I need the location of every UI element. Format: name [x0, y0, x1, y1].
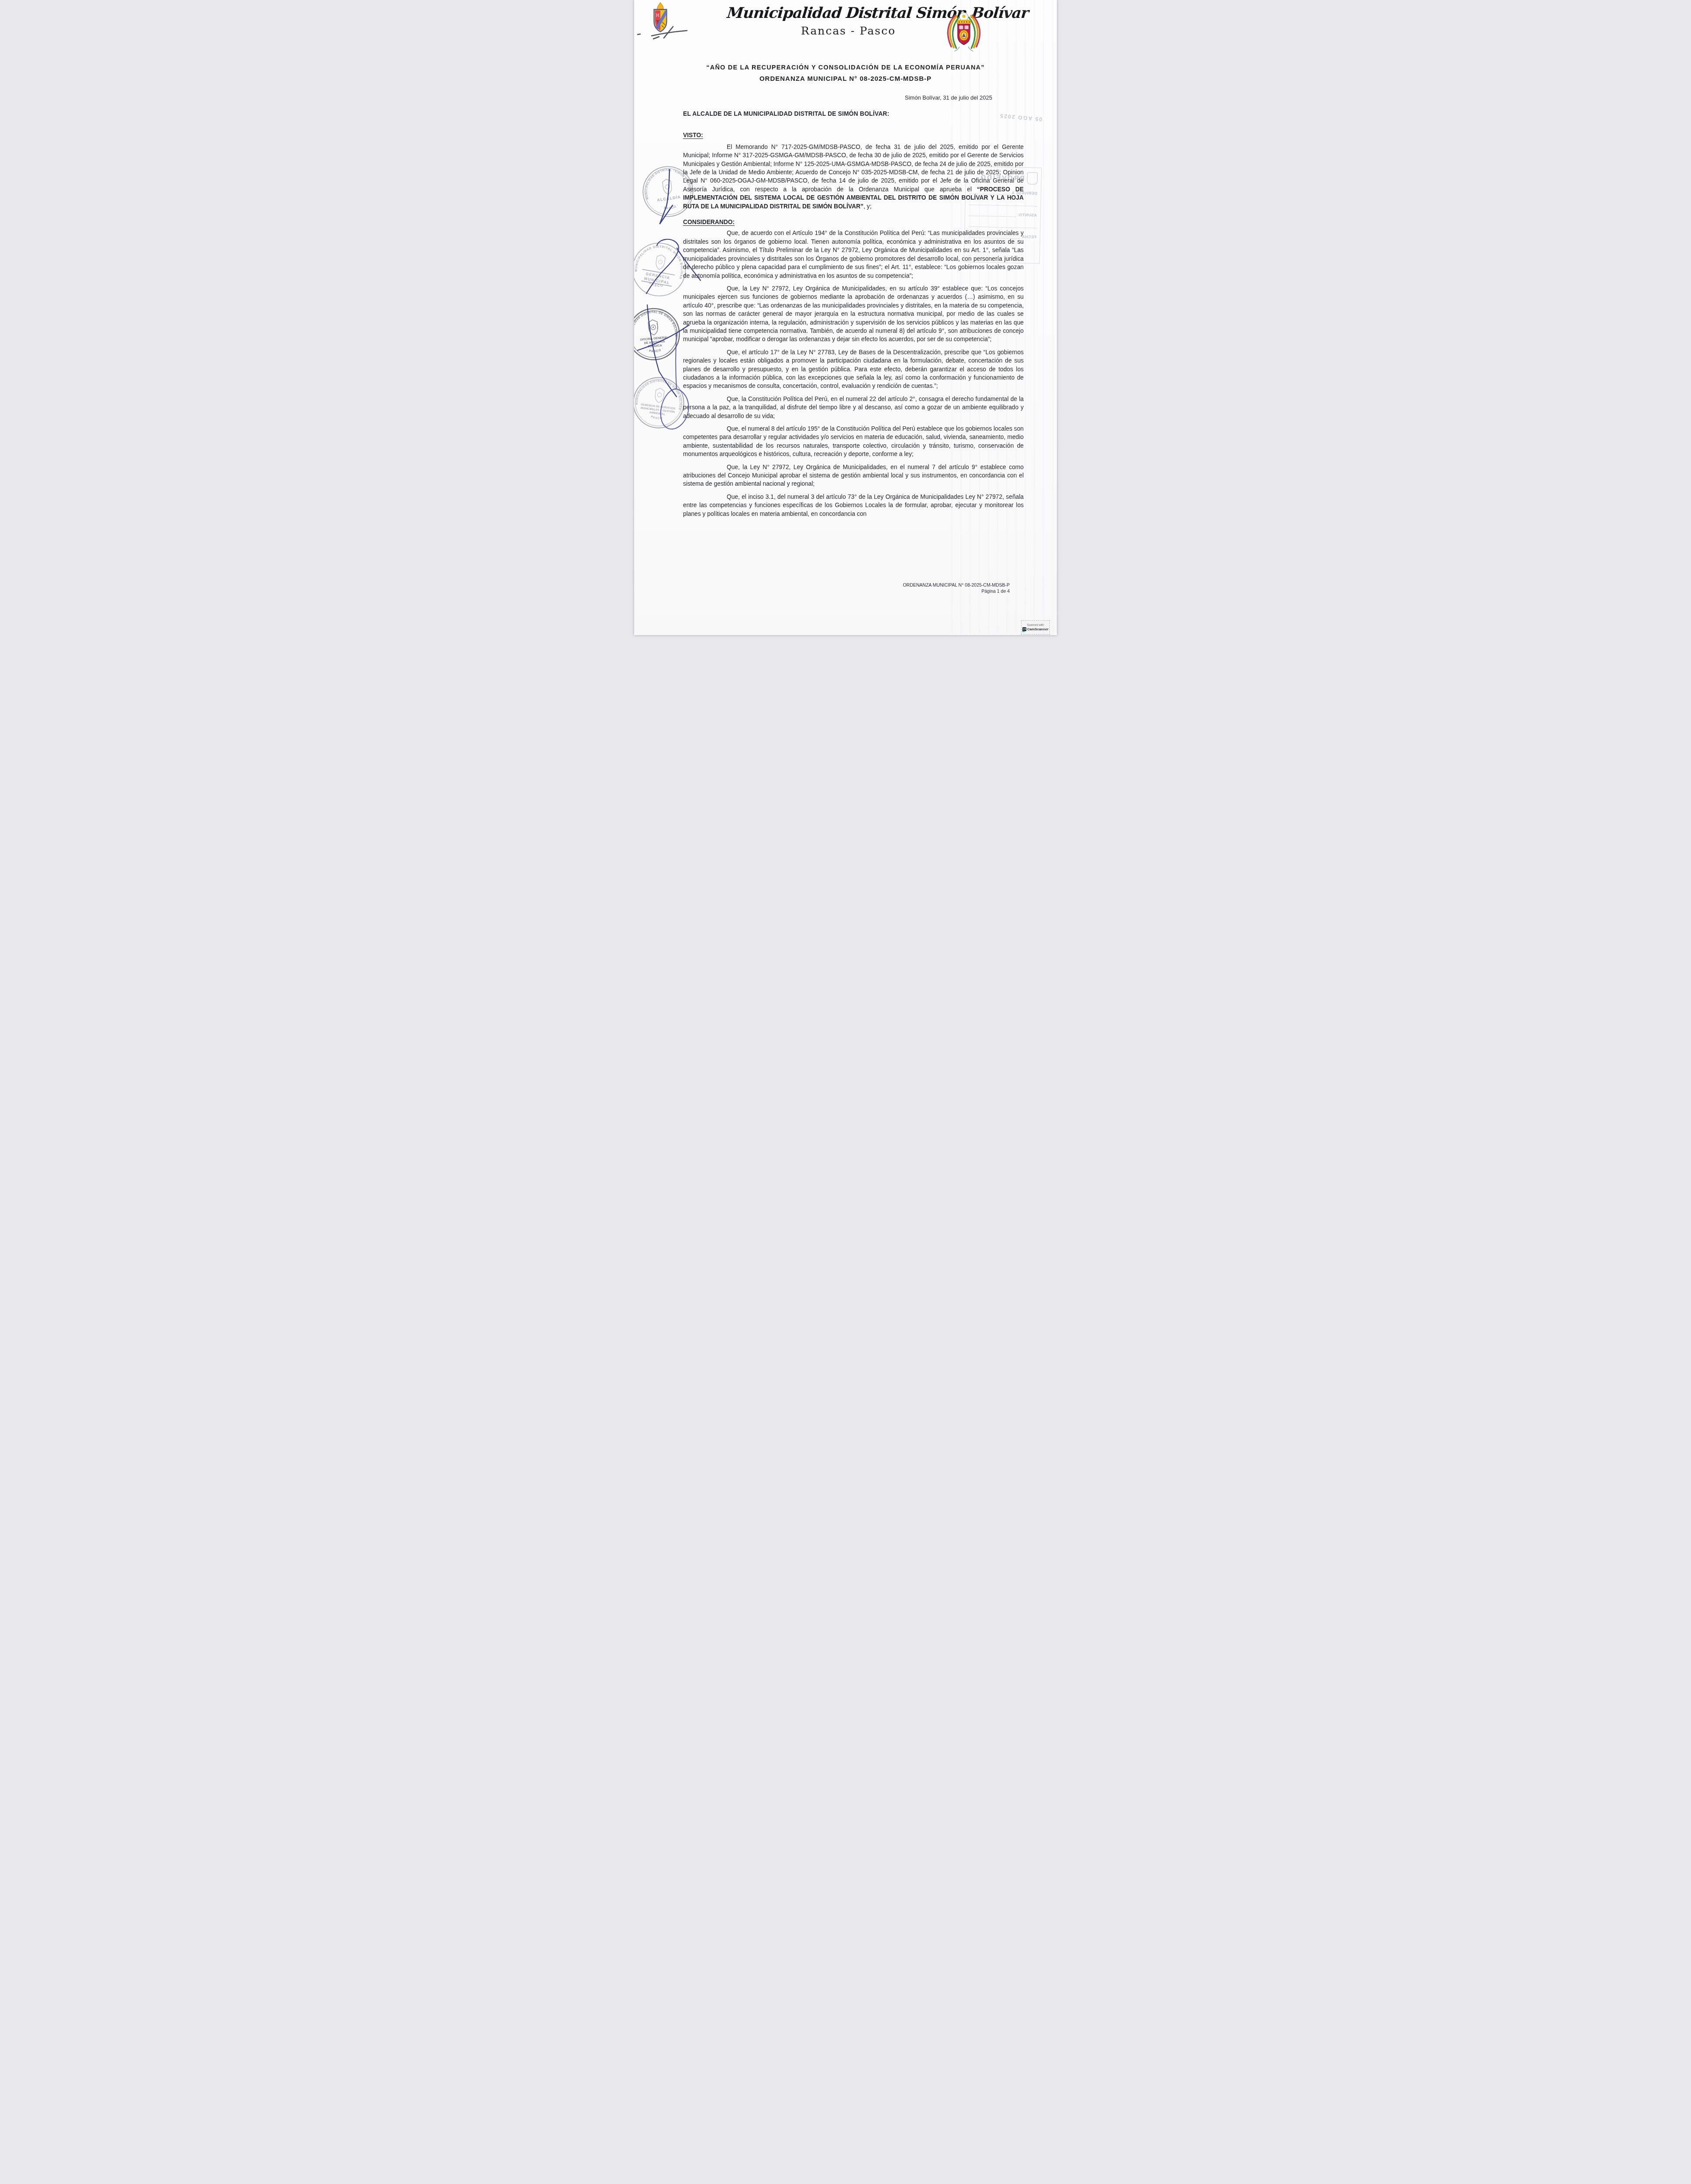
svg-text:MUNICIPALES Y GESTIÓN: MUNICIPALES Y GESTIÓN [640, 406, 675, 414]
svg-text:PASCO: PASCO [648, 281, 665, 289]
round-stamp-asesoria-juridica: MUNICIPALIDAD DISTRITAL DE SIMÓN BOLÍVAR… [634, 305, 683, 363]
document-body: EL ALCALDE DE LA MUNICIPALIDAD DISTRITAL… [683, 110, 1024, 522]
considerando-label: CONSIDERANDO: [683, 218, 1024, 226]
svg-text:PASCO: PASCO [650, 415, 663, 421]
addressee-line: EL ALCALDE DE LA MUNICIPALIDAD DISTRITAL… [683, 110, 1024, 118]
camscanner-brand: CamScanner [1027, 627, 1049, 631]
ordinance-number-title: ORDENANZA MUNICIPAL N° 08-2025-CM-MDSB-P [634, 75, 1057, 83]
svg-text:· PASCO ·: · PASCO · [660, 203, 680, 211]
svg-text:OFICINA GENERAL: OFICINA GENERAL [640, 336, 669, 342]
svg-text:MUNICIPAL: MUNICIPAL [644, 276, 670, 285]
visto-text: El Memorando N° 717-2025-GM/MDSB-PASCO, … [683, 144, 1024, 193]
page-footer: ORDENANZA MUNICIPAL N° 08-2025-CM-MDSB-P… [903, 582, 1010, 594]
footer-page-number: Página 1 de 4 [903, 588, 1010, 594]
considerando-paragraph-4: Que, la Constitución Política del Perú, … [683, 395, 1024, 420]
footer-doc-ref: ORDENANZA MUNICIPAL N° 08-2025-CM-MDSB-P [903, 582, 1010, 588]
municipal-coat-of-arms-icon [942, 10, 986, 56]
bleed-field-label: FECHA [1022, 235, 1036, 239]
bleed-stamp-logo-icon [1027, 172, 1038, 184]
svg-text:· PASCO ·: · PASCO · [646, 347, 665, 354]
year-motto: “AÑO DE LA RECUPERACIÓN Y CONSOLIDACIÓN … [634, 64, 1057, 71]
pen-signature-stroke [660, 169, 673, 224]
svg-text:MUNICIPALIDAD DISTRITAL DE SIM: MUNICIPALIDAD DISTRITAL DE SIMÓN BOLÍVAR [635, 377, 685, 411]
svg-text:ALCALDÍA: ALCALDÍA [657, 195, 681, 203]
letterhead-subtitle: Rancas - Pasco [727, 24, 970, 37]
pen-cross-strokes [638, 305, 689, 397]
visto-label: VISTO: [683, 131, 1024, 139]
considerando-paragraph-3: Que, el artículo 17° de la Ley N° 27783,… [683, 348, 1024, 390]
considerando-paragraph-2: Que, la Ley N° 27972, Ley Orgánica de Mu… [683, 284, 1024, 344]
camscanner-caption: Scanned with [1027, 624, 1044, 627]
svg-text:MUNICIPALIDAD DISTRITAL SIMÓN: MUNICIPALIDAD DISTRITAL SIMÓN BOLÍVAR [634, 242, 688, 280]
considerando-paragraph-6: Que, la Ley N° 27972, Ley Orgánica de Mu… [683, 463, 1024, 488]
svg-text:GERENCIA DE SERVICIOS: GERENCIA DE SERVICIOS [641, 403, 676, 411]
letterhead-title: Municipalidad Distrital Simón Bolívar [726, 4, 973, 22]
round-stamp-gerencia-municipal: MUNICIPALIDAD DISTRITAL SIMÓN BOLÍVAR GE… [634, 238, 691, 301]
camscanner-icon: CS [1022, 627, 1026, 631]
svg-text:MUNICIPALIDAD DISTRITAL DE SIM: MUNICIPALIDAD DISTRITAL DE SIMÓN BOLÍVAR [634, 309, 678, 341]
place-date-line: Simón Bolívar, 31 de julio del 2025 [852, 94, 992, 101]
considerando-paragraph-5: Que, el numeral 8 del artículo 195° de l… [683, 425, 1024, 459]
camscanner-watermark: Scanned with CS CamScanner [1021, 620, 1050, 635]
svg-text:DE ASESORÍA: DE ASESORÍA [644, 339, 665, 345]
visto-closing: , y; [863, 203, 871, 210]
svg-text:GERENCIA: GERENCIA [645, 272, 670, 280]
round-stamp-servicios-municipales: MUNICIPALIDAD DISTRITAL DE SIMÓN BOLÍVAR… [634, 373, 688, 432]
visto-paragraph: El Memorando N° 717-2025-GM/MDSB-PASCO, … [683, 143, 1024, 211]
svg-text:AMBIENTAL: AMBIENTAL [649, 411, 665, 416]
considerando-paragraph-1: Que, de acuerdo con el Artículo 194° de … [683, 229, 1024, 280]
svg-text:JURÍDICA: JURÍDICA [647, 343, 662, 349]
district-shield-emblem-icon [650, 2, 670, 33]
scanned-document-page: Municipalidad Distrital Simón Bolívar Ra… [634, 0, 1057, 635]
considerando-paragraph-7: Que, el inciso 3.1, del numeral 3 del ar… [683, 493, 1024, 518]
